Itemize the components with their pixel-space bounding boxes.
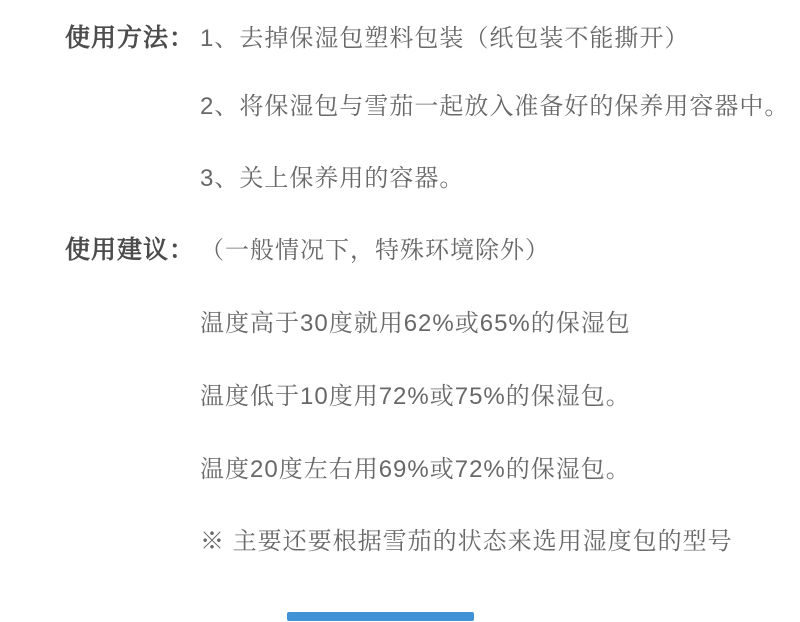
usage-method-label: 使用方法： — [65, 25, 195, 51]
advice-footnote: ※ 主要还要根据雪茄的状态来选用湿度包的型号 — [200, 529, 733, 555]
usage-advice-label: 使用建议： — [65, 237, 195, 263]
usage-step-1: 1、去掉保湿包塑料包装（纸包装不能撕开） — [200, 26, 689, 52]
advice-around-20-degrees: 温度20度左右用69%或72%的保湿包。 — [200, 457, 631, 483]
section-divider-bar — [287, 612, 474, 621]
usage-step-2: 2、将保湿包与雪茄一起放入准备好的保养用容器中。 — [200, 94, 789, 120]
advice-general-note: （一般情况下，特殊环境除外） — [200, 238, 550, 264]
advice-below-10-degrees: 温度低于10度用72%或75%的保湿包。 — [200, 384, 631, 410]
usage-step-3: 3、关上保养用的容器。 — [200, 166, 464, 192]
instruction-page: 使用方法： 1、去掉保湿包塑料包装（纸包装不能撕开） 2、将保湿包与雪茄一起放入… — [0, 0, 800, 622]
advice-above-30-degrees: 温度高于30度就用62%或65%的保湿包 — [200, 311, 631, 337]
